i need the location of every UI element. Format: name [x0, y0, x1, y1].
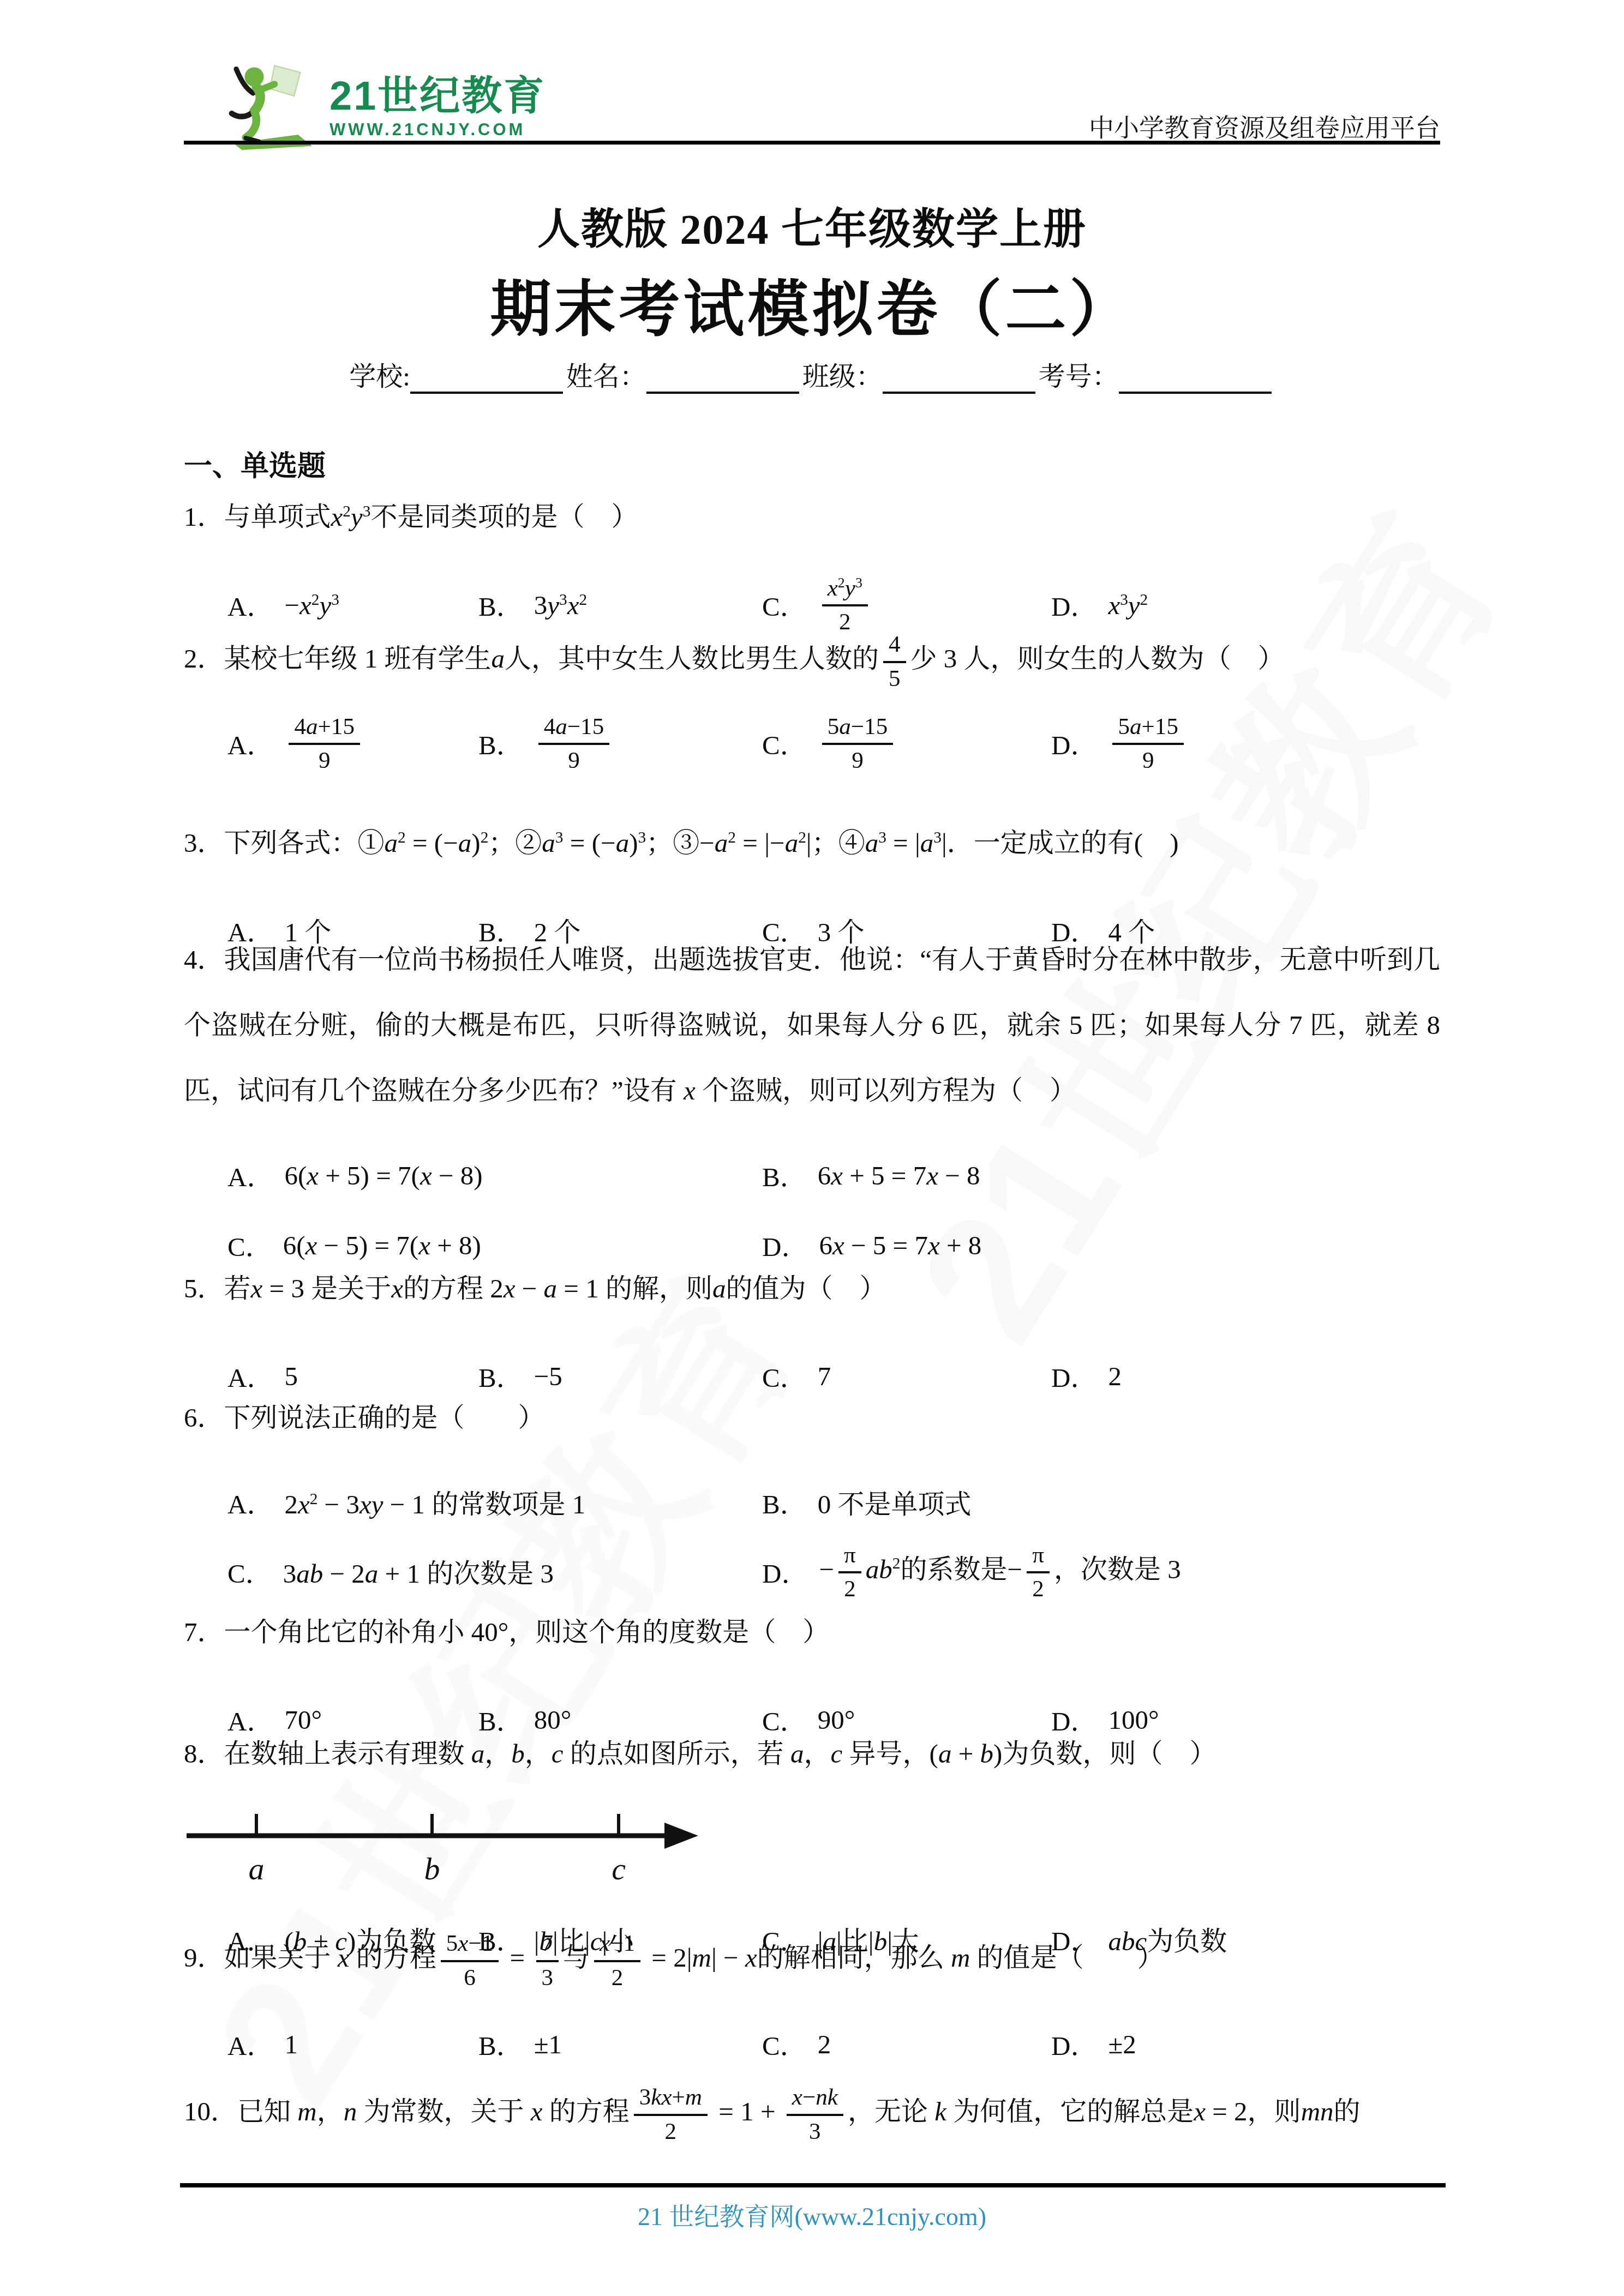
student-info-line: 学校: 姓名： 班级： 考号： [0, 356, 1624, 394]
question-2-option-c: C．5a−159 [762, 713, 1051, 774]
platform-title: 中小学教育资源及组卷应用平台 [1089, 108, 1440, 144]
number-line-label-b: b [424, 1851, 440, 1886]
question-9-option-a: A．1 [227, 2025, 478, 2063]
doc-title-line2: 期末考试模拟卷（二） [0, 261, 1624, 348]
logo-url: WWW.21CNJY.COM [329, 118, 546, 142]
question-6-options-row-1: A．2x2 − 3xy − 1 的常数项是 1 B．0 不是单项式 [184, 1472, 1440, 1532]
question-1-option-d: D．x3y2 [1051, 586, 1440, 624]
footer-divider [180, 2183, 1446, 2187]
question-9-option-d: D．±2 [1051, 2025, 1440, 2063]
question-5: 5．若x = 3 是关于x的方程 2x − a = 1 的解，则a的值为（ ） … [184, 1256, 1440, 1406]
question-6-options-row-2: C．3ab − 2a + 1 的次数是 3 D．−π2ab2的系数是−π2，次数… [184, 1541, 1440, 1603]
class-blank [883, 360, 1035, 394]
number-line-arrow [664, 1823, 698, 1849]
question-7-stem: 7．一个角比它的补角小 40°，则这个角的度数是（ ） [184, 1600, 1440, 1665]
question-1: 1．与单项式x2y3不是同类项的是（ ） A．−x2y3 B．3y3x2 C．x… [184, 484, 1440, 636]
footer-site-text: 21 世纪教育网(www.21cnjy.com) [0, 2197, 1624, 2233]
question-6: 6．下列说法正确的是（ ） A．2x2 − 3xy − 1 的常数项是 1 B．… [184, 1385, 1440, 1603]
question-6-option-a: A．2x2 − 3xy − 1 的常数项是 1 [227, 1483, 762, 1522]
logo-title: 21世纪教育 [329, 74, 546, 118]
school-label: 学校: [349, 356, 410, 394]
exam-no-blank [1119, 360, 1272, 394]
class-label: 班级： [802, 356, 883, 394]
question-2-option-d: D．5a+159 [1051, 713, 1440, 774]
number-line-label-c: c [612, 1851, 626, 1886]
question-4-option-a: A．6(x + 5) = 7(x − 8) [227, 1156, 762, 1194]
runner-logo-icon [224, 59, 322, 154]
question-2-stem: 2．某校七年级 1 班有学生a人，其中女生人数比男生人数的45少 3 人，则女生… [184, 626, 1440, 692]
question-6-stem: 6．下列说法正确的是（ ） [184, 1385, 1440, 1451]
number-line-figure: a b c [187, 1802, 1440, 1893]
school-blank [410, 360, 563, 394]
question-4-option-b: B．6x + 5 = 7x − 8 [762, 1156, 1440, 1194]
question-6-option-c: C．3ab − 2a + 1 的次数是 3 [227, 1553, 762, 1591]
question-6-option-b: B．0 不是单项式 [762, 1483, 1440, 1522]
question-5-stem: 5．若x = 3 是关于x的方程 2x − a = 1 的解，则a的值为（ ） [184, 1256, 1440, 1321]
name-blank [646, 360, 799, 394]
question-9-options: A．1 B．±1 C．2 D．±2 [184, 2014, 1440, 2074]
question-9-option-b: B．±1 [478, 2025, 762, 2063]
question-4: 4．我国唐代有一位尚书杨损任人唯贤，出题选拔官吏．他说：“有人于黄昏时分在林中散… [184, 927, 1440, 1275]
question-8-stem: 8．在数轴上表示有理数 a，b，c 的点如图所示，若 a，c 异号，(a + b… [184, 1721, 1440, 1787]
question-9: 9．如果关于 x 的方程5x−16 = 73与x−12 = 2|m| − x的解… [184, 1925, 1440, 2074]
question-2-option-a: A．4a+159 [227, 713, 478, 774]
question-1-stem: 1．与单项式x2y3不是同类项的是（ ） [184, 484, 1440, 550]
question-3-stem: 3．下列各式：①a2 = (−a)2；②a3 = (−a)3；③−a2 = |−… [184, 810, 1440, 876]
question-2-option-b: B．4a−159 [478, 713, 762, 774]
question-1-option-b: B．3y3x2 [478, 586, 762, 624]
number-line-label-a: a [249, 1851, 265, 1886]
logo: 21世纪教育 WWW.21CNJY.COM [224, 59, 546, 154]
exam-no-label: 考号： [1039, 356, 1119, 394]
question-2: 2．某校七年级 1 班有学生a人，其中女生人数比男生人数的45少 3 人，则女生… [184, 626, 1440, 774]
question-10: 10．已知 m，n 为常数，关于 x 的方程3kx+m2 = 1 + x−nk3… [184, 2079, 1440, 2145]
question-4-stem: 4．我国唐代有一位尚书杨损任人唯贤，出题选拔官吏．他说：“有人于黄昏时分在林中散… [184, 927, 1440, 1123]
section-title: 一、单选题 [184, 443, 326, 484]
question-2-options: A．4a+159 B．4a−159 C．5a−159 D．5a+159 [184, 713, 1440, 774]
question-9-option-c: C．2 [762, 2025, 1051, 2063]
question-4-options-row-1: A．6(x + 5) = 7(x − 8) B．6x + 5 = 7x − 8 [184, 1145, 1440, 1205]
question-10-stem: 10．已知 m，n 为常数，关于 x 的方程3kx+m2 = 1 + x−nk3… [184, 2079, 1440, 2145]
doc-title-line1: 人教版 2024 七年级数学上册 [0, 195, 1624, 256]
name-label: 姓名： [566, 356, 646, 394]
header-divider [184, 141, 1440, 145]
question-9-stem: 9．如果关于 x 的方程5x−16 = 73与x−12 = 2|m| − x的解… [184, 1925, 1440, 1991]
question-6-option-d: D．−π2ab2的系数是−π2，次数是 3 [762, 1541, 1440, 1603]
question-1-option-a: A．−x2y3 [227, 586, 478, 624]
